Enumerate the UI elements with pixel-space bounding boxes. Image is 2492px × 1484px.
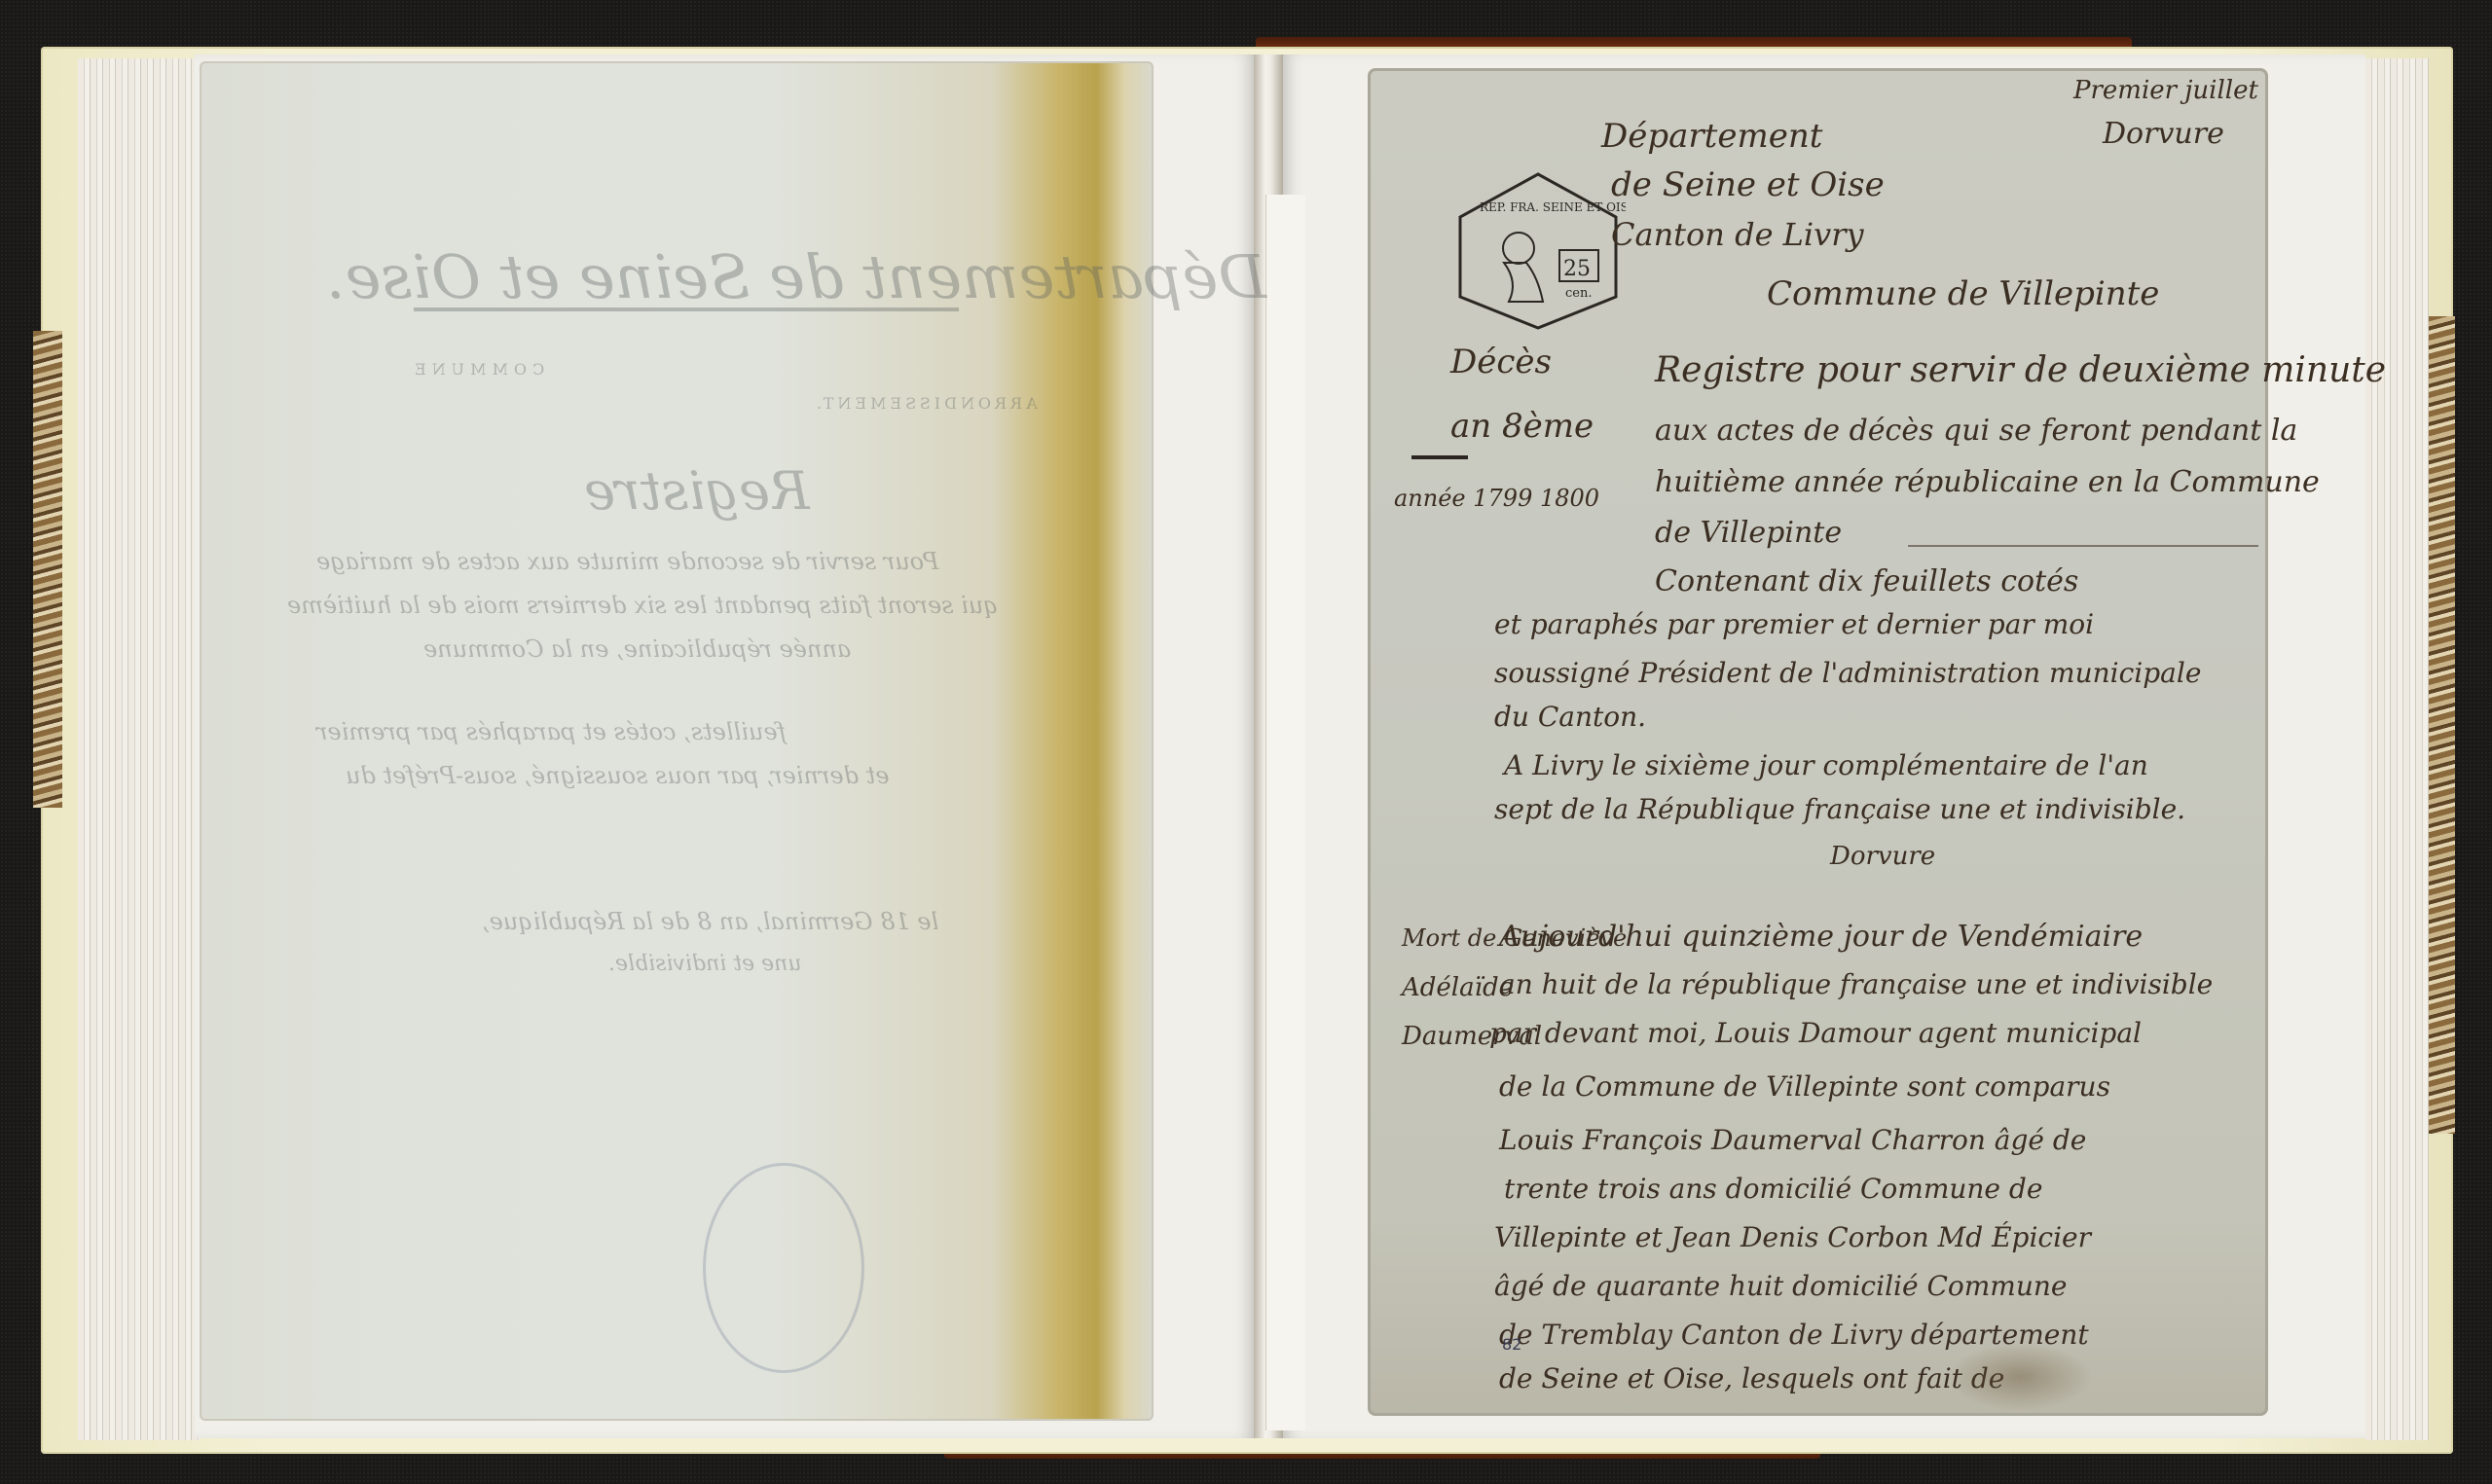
- bleed-line: Pour servir de seconde minute aux actes …: [316, 548, 938, 575]
- bleed-label-commune: COMMUNE: [409, 360, 544, 379]
- intro-line: sept de la République française une et i…: [1494, 793, 2185, 825]
- intro-line: huitième année républicaine en la Commun…: [1655, 465, 2320, 499]
- intro-rule: [1908, 545, 2258, 547]
- page-stack-right: [2365, 58, 2429, 1440]
- svg-text:cen.: cen.: [1565, 286, 1592, 301]
- bleed-line: qui seront faits pendant les six dernier…: [287, 592, 999, 619]
- intro-line: A Livry le sixième jour complémentaire d…: [1504, 749, 2148, 781]
- bleed-line: et dernier, par nous soussigné, sous-Pré…: [346, 762, 890, 789]
- header-signature: Dorvure: [2103, 117, 2224, 151]
- tax-stamp-icon: 25 cen. REP. FRA. SEINE ET OISE.: [1450, 170, 1626, 331]
- header-top-right-note: Premier juillet: [2073, 76, 2258, 105]
- intro-line: Registre pour servir de deuxième minute: [1655, 350, 2386, 390]
- header-canton: Canton de Livry: [1611, 216, 1864, 253]
- bleed-heading: Département de Seine et Oise.: [326, 241, 1266, 312]
- intro-line: aux actes de décès qui se feront pendant…: [1655, 414, 2297, 448]
- bleed-line: feuillets, cotés et paraphés par premier: [316, 718, 787, 745]
- left-document-leaf: Département de Seine et Oise. COMMUNE AR…: [200, 61, 1154, 1421]
- bleed-title: Registre: [584, 460, 810, 522]
- bleed-label-arrondissement: ARRONDISSEMENT.: [813, 394, 1038, 413]
- bleed-line: une et indivisible.: [608, 952, 801, 976]
- svg-text:REP. FRA. SEINE ET OISE.: REP. FRA. SEINE ET OISE.: [1480, 200, 1626, 214]
- marbled-edge-right: [2426, 316, 2455, 1134]
- marbled-edge-left: [33, 331, 62, 808]
- margin-an: an 8ème: [1450, 407, 1594, 446]
- act-line: de la Commune de Villepinte sont comparu…: [1499, 1070, 2110, 1103]
- act-line: Villepinte et Jean Denis Corbon Md Épici…: [1494, 1221, 2091, 1253]
- act-line: trente trois ans domicilié Commune de: [1504, 1173, 2042, 1205]
- margin-annee: année 1799 1800: [1394, 485, 1599, 512]
- act-line: par devant moi, Louis Damour agent munic…: [1489, 1017, 2142, 1049]
- guard-strip: [1265, 195, 1305, 1430]
- intro-line: soussigné Président de l'administration …: [1494, 657, 2201, 689]
- svg-text:25: 25: [1563, 257, 1591, 281]
- act-line: Aujourd'hui quinzième jour de Vendémiair…: [1499, 920, 2143, 954]
- bleed-line: le 18 Germinal, an 8 de la République,: [482, 908, 938, 935]
- archive-oval-stamp: [703, 1163, 864, 1373]
- margin-rule: [1411, 455, 1468, 459]
- water-stain: [1947, 1343, 2093, 1411]
- intro-line: et paraphés par premier et dernier par m…: [1494, 608, 2094, 640]
- act-line: de Seine et Oise, lesquels ont fait de: [1499, 1362, 2004, 1394]
- act-margin-line: Adélaïde: [1402, 973, 1514, 1002]
- header-departement-name: de Seine et Oise: [1611, 165, 1885, 204]
- bleed-rule: [414, 308, 959, 311]
- page-stack-left: [78, 58, 200, 1440]
- folio-number: 82: [1502, 1335, 1521, 1354]
- intro-signature: Dorvure: [1830, 842, 1935, 871]
- bleed-line: année républicaine, en la Commune: [423, 635, 851, 663]
- act-line: an huit de la république française une e…: [1499, 968, 2213, 1000]
- header-commune: Commune de Villepinte: [1767, 274, 2159, 313]
- intro-line: Contenant dix feuillets cotés: [1655, 564, 2078, 598]
- act-line: âgé de quarante huit domicilié Commune: [1494, 1270, 2067, 1302]
- act-line: Louis François Daumerval Charron âgé de: [1499, 1124, 2086, 1156]
- intro-line: du Canton.: [1494, 701, 1646, 733]
- intro-line: de Villepinte: [1655, 516, 1842, 550]
- margin-deces: Décès: [1450, 343, 1552, 381]
- header-departement: Département: [1601, 117, 1822, 156]
